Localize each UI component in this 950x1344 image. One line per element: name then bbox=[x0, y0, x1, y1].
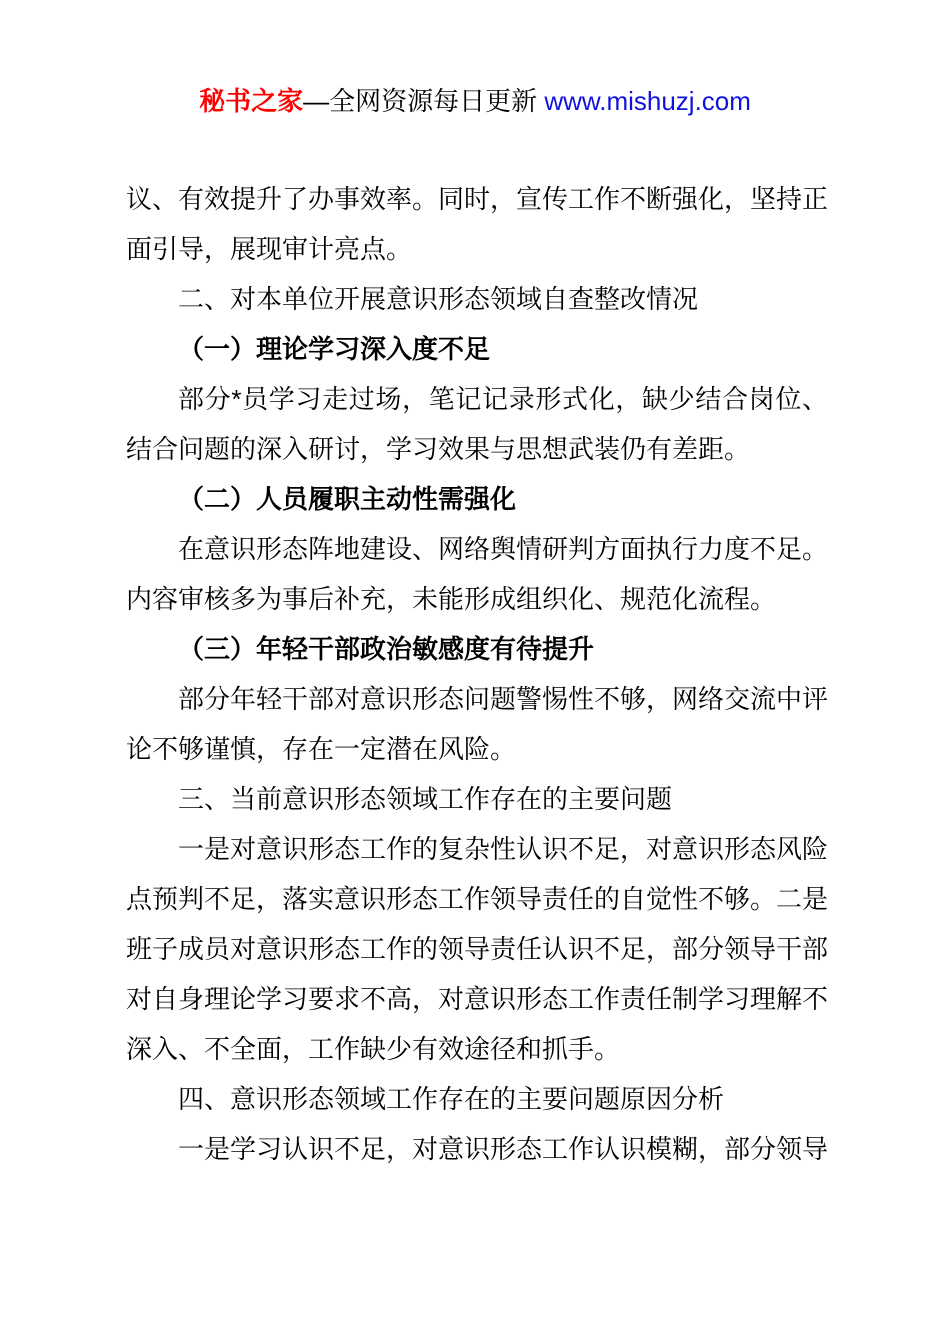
document-body: 议、有效提升了办事效率。同时，宣传工作不断强化，坚持正面引导，展现审计亮点。 二… bbox=[126, 174, 828, 1174]
section-heading-3: 三、当前意识形态领域工作存在的主要问题 bbox=[126, 774, 828, 824]
body-paragraph: 部分*员学习走过场，笔记记录形式化，缺少结合岗位、结合问题的深入研讨，学习效果与… bbox=[126, 374, 828, 474]
body-paragraph: 在意识形态阵地建设、网络舆情研判方面执行力度不足。内容审核多为事后补充，未能形成… bbox=[126, 524, 828, 624]
section-heading-2: 二、对本单位开展意识形态领域自查整改情况 bbox=[126, 274, 828, 324]
page-header: 秘书之家—全网资源每日更新 www.mishuzj.com bbox=[0, 0, 950, 118]
body-paragraph: 一是学习认识不足，对意识形态工作认识模糊，部分领导 bbox=[126, 1124, 828, 1174]
continuation-paragraph: 议、有效提升了办事效率。同时，宣传工作不断强化，坚持正面引导，展现审计亮点。 bbox=[126, 174, 828, 274]
site-url-link[interactable]: www.mishuzj.com bbox=[544, 86, 751, 116]
brand-name: 秘书之家 bbox=[199, 86, 303, 116]
subsection-heading-3: （三）年轻干部政治敏感度有待提升 bbox=[126, 624, 828, 674]
section-heading-4: 四、意识形态领域工作存在的主要问题原因分析 bbox=[126, 1074, 828, 1124]
document-page: 秘书之家—全网资源每日更新 www.mishuzj.com 议、有效提升了办事效… bbox=[0, 0, 950, 1344]
body-paragraph: 一是对意识形态工作的复杂性认识不足，对意识形态风险点预判不足，落实意识形态工作领… bbox=[126, 824, 828, 1074]
subsection-heading-2: （二）人员履职主动性需强化 bbox=[126, 474, 828, 524]
subsection-heading-1: （一）理论学习深入度不足 bbox=[126, 324, 828, 374]
header-tagline: —全网资源每日更新 bbox=[303, 86, 544, 116]
body-paragraph: 部分年轻干部对意识形态问题警惕性不够，网络交流中评论不够谨慎，存在一定潜在风险。 bbox=[126, 674, 828, 774]
